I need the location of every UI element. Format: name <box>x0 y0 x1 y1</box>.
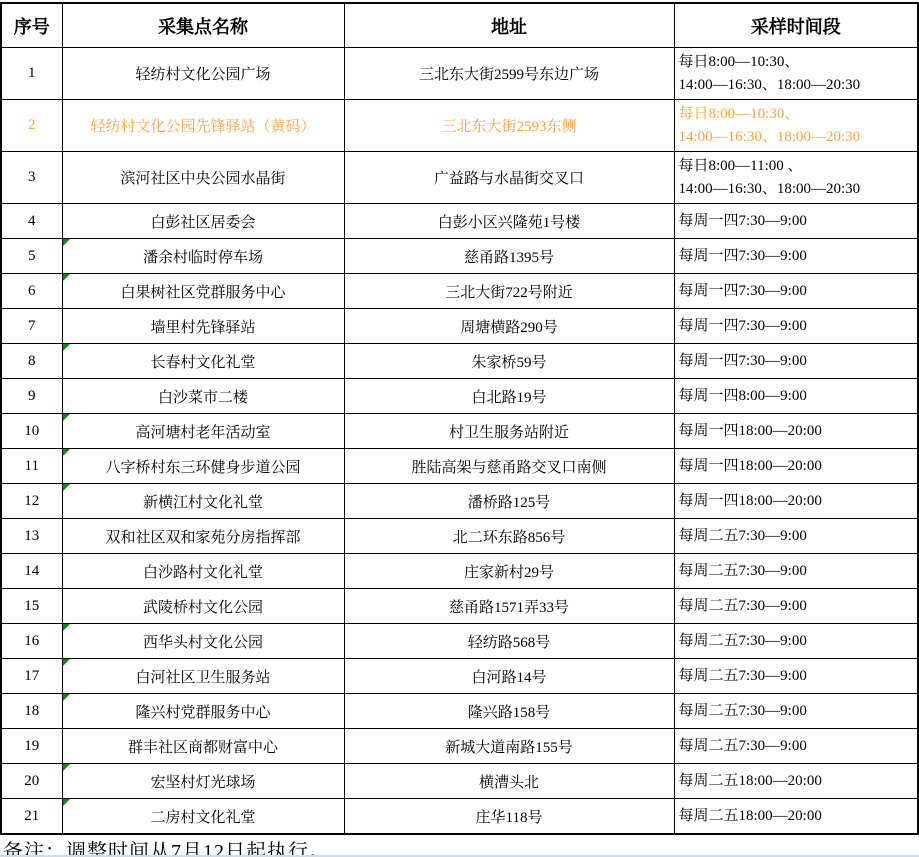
seq-cell: 12 <box>1 484 62 519</box>
table-row: 1轻纺村文化公园广场三北东大街2599号东边广场每日8:00—10:30、 14… <box>1 48 918 100</box>
corner-marker-icon <box>63 659 70 666</box>
table-row: 6白果树社区党群服务中心三北大街722号附近每周一四7:30—9:00 <box>1 274 918 309</box>
time-cell: 每日8:00—11:00 、 14:00—16:30、18:00—20:30 <box>674 152 918 204</box>
time-cell: 每周二五18:00—20:00 <box>674 799 918 835</box>
address-cell: 慈甬路1571弄33号 <box>344 589 674 624</box>
table-row: 16西华头村文化公园轻纺路568号每周二五7:30—9:00 <box>1 624 918 659</box>
table-row: 20宏坚村灯光球场横漕头北每周二五18:00—20:00 <box>1 764 918 799</box>
table-row: 17白河社区卫生服务站白河路14号每周二五7:30—9:00 <box>1 659 918 694</box>
time-cell: 每周二五7:30—9:00 <box>674 519 918 554</box>
table-row: 5潘余村临时停车场慈甬路1395号每周一四7:30—9:00 <box>1 239 918 274</box>
table-row: 2轻纺村文化公园先锋驿站（黄码）三北东大街2593东侧每日8:00—10:30、… <box>1 100 918 152</box>
corner-marker-icon <box>63 799 70 806</box>
table-row: 9白沙菜市二楼白北路19号每周一四8:00—9:00 <box>1 379 918 414</box>
sampling-points-page: 序号 采集点名称 地址 采样时间段 1轻纺村文化公园广场三北东大街2599号东边… <box>0 0 919 857</box>
time-cell: 每周一四7:30—9:00 <box>674 309 918 344</box>
seq-cell: 13 <box>1 519 62 554</box>
name-cell: 武陵桥村文化公园 <box>62 589 344 624</box>
name-cell: 白沙菜市二楼 <box>62 379 344 414</box>
address-cell: 隆兴路158号 <box>344 694 674 729</box>
address-cell: 胜陆高架与慈甬路交叉口南侧 <box>344 449 674 484</box>
name-cell: 潘余村临时停车场 <box>62 239 344 274</box>
corner-marker-icon <box>63 694 70 701</box>
header-row: 序号 采集点名称 地址 采样时间段 <box>1 3 918 48</box>
address-cell: 横漕头北 <box>344 764 674 799</box>
address-cell: 慈甬路1395号 <box>344 239 674 274</box>
name-cell: 墙里村先锋驿站 <box>62 309 344 344</box>
seq-cell: 19 <box>1 729 62 764</box>
name-cell: 白果树社区党群服务中心 <box>62 274 344 309</box>
address-cell: 白彭小区兴隆苑1号楼 <box>344 204 674 239</box>
table-row: 4白彭社区居委会白彭小区兴隆苑1号楼每周一四7:30—9:00 <box>1 204 918 239</box>
time-cell: 每周一四18:00—20:00 <box>674 414 918 449</box>
column-header-time: 采样时间段 <box>674 3 918 48</box>
time-cell: 每周一四7:30—9:00 <box>674 274 918 309</box>
corner-marker-icon <box>63 764 70 771</box>
seq-cell: 8 <box>1 344 62 379</box>
column-header-seq: 序号 <box>1 3 62 48</box>
address-cell: 轻纺路568号 <box>344 624 674 659</box>
time-cell: 每周一四18:00—20:00 <box>674 484 918 519</box>
corner-marker-icon <box>63 449 70 456</box>
table-row: 19群丰社区商都财富中心新城大道南路155号每周二五7:30—9:00 <box>1 729 918 764</box>
name-cell: 轻纺村文化公园先锋驿站（黄码） <box>62 100 344 152</box>
time-cell: 每周二五7:30—9:00 <box>674 694 918 729</box>
name-cell: 新横江村文化礼堂 <box>62 484 344 519</box>
table-row: 3滨河社区中央公园水晶街广益路与水晶街交叉口每日8:00—11:00 、 14:… <box>1 152 918 204</box>
seq-cell: 9 <box>1 379 62 414</box>
time-cell: 每周一四7:30—9:00 <box>674 204 918 239</box>
table-row: 13双和社区双和家苑分房指挥部北二环东路856号每周二五7:30—9:00 <box>1 519 918 554</box>
seq-cell: 5 <box>1 239 62 274</box>
seq-cell: 3 <box>1 152 62 204</box>
name-cell: 群丰社区商都财富中心 <box>62 729 344 764</box>
address-cell: 白河路14号 <box>344 659 674 694</box>
name-cell: 白河社区卫生服务站 <box>62 659 344 694</box>
table-row: 10高河塘村老年活动室村卫生服务站附近每周一四18:00—20:00 <box>1 414 918 449</box>
name-cell: 二房村文化礼堂 <box>62 799 344 835</box>
name-cell: 轻纺村文化公园广场 <box>62 48 344 100</box>
corner-marker-icon <box>63 239 70 246</box>
name-cell: 白彭社区居委会 <box>62 204 344 239</box>
address-cell: 北二环东路856号 <box>344 519 674 554</box>
seq-cell: 20 <box>1 764 62 799</box>
time-cell: 每日8:00—10:30、 14:00—16:30、18:00—20:30 <box>674 100 918 152</box>
address-cell: 潘桥路125号 <box>344 484 674 519</box>
address-cell: 三北大街722号附近 <box>344 274 674 309</box>
name-cell: 高河塘村老年活动室 <box>62 414 344 449</box>
column-header-address: 地址 <box>344 3 674 48</box>
address-cell: 村卫生服务站附近 <box>344 414 674 449</box>
corner-marker-icon <box>63 344 70 351</box>
seq-cell: 14 <box>1 554 62 589</box>
seq-cell: 2 <box>1 100 62 152</box>
name-cell: 双和社区双和家苑分房指挥部 <box>62 519 344 554</box>
name-cell: 八字桥村东三环健身步道公园 <box>62 449 344 484</box>
table-header: 序号 采集点名称 地址 采样时间段 <box>1 3 918 48</box>
corner-marker-icon <box>63 274 70 281</box>
seq-cell: 17 <box>1 659 62 694</box>
address-cell: 庄家新村29号 <box>344 554 674 589</box>
seq-cell: 15 <box>1 589 62 624</box>
corner-marker-icon <box>63 624 70 631</box>
seq-cell: 21 <box>1 799 62 835</box>
name-cell: 西华头村文化公园 <box>62 624 344 659</box>
time-cell: 每周二五7:30—9:00 <box>674 554 918 589</box>
corner-marker-icon <box>63 484 70 491</box>
seq-cell: 6 <box>1 274 62 309</box>
table-row: 12新横江村文化礼堂潘桥路125号每周一四18:00—20:00 <box>1 484 918 519</box>
table-row: 18隆兴村党群服务中心隆兴路158号每周二五7:30—9:00 <box>1 694 918 729</box>
name-cell: 白沙路村文化礼堂 <box>62 554 344 589</box>
seq-cell: 16 <box>1 624 62 659</box>
address-cell: 三北东大街2599号东边广场 <box>344 48 674 100</box>
time-cell: 每周一四7:30—9:00 <box>674 344 918 379</box>
seq-cell: 4 <box>1 204 62 239</box>
time-cell: 每周一四18:00—20:00 <box>674 449 918 484</box>
time-cell: 每周二五7:30—9:00 <box>674 589 918 624</box>
seq-cell: 18 <box>1 694 62 729</box>
table-row: 14白沙路村文化礼堂庄家新村29号每周二五7:30—9:00 <box>1 554 918 589</box>
column-header-name: 采集点名称 <box>62 3 344 48</box>
address-cell: 朱家桥59号 <box>344 344 674 379</box>
time-cell: 每周二五7:30—9:00 <box>674 624 918 659</box>
address-cell: 广益路与水晶街交叉口 <box>344 152 674 204</box>
address-cell: 庄华118号 <box>344 799 674 835</box>
address-cell: 新城大道南路155号 <box>344 729 674 764</box>
table-row: 7墙里村先锋驿站周塘横路290号每周一四7:30—9:00 <box>1 309 918 344</box>
note-text: 备注：调整时间从7月12日起执行。 <box>0 835 919 857</box>
name-cell: 宏坚村灯光球场 <box>62 764 344 799</box>
time-cell: 每周一四7:30—9:00 <box>674 239 918 274</box>
table-row: 21二房村文化礼堂庄华118号每周二五18:00—20:00 <box>1 799 918 835</box>
table-row: 8长春村文化礼堂朱家桥59号每周一四7:30—9:00 <box>1 344 918 379</box>
address-cell: 三北东大街2593东侧 <box>344 100 674 152</box>
sampling-points-table: 序号 采集点名称 地址 采样时间段 1轻纺村文化公园广场三北东大街2599号东边… <box>0 2 919 835</box>
table-row: 11八字桥村东三环健身步道公园胜陆高架与慈甬路交叉口南侧每周一四18:00—20… <box>1 449 918 484</box>
seq-cell: 11 <box>1 449 62 484</box>
seq-cell: 10 <box>1 414 62 449</box>
name-cell: 长春村文化礼堂 <box>62 344 344 379</box>
time-cell: 每周一四8:00—9:00 <box>674 379 918 414</box>
name-cell: 隆兴村党群服务中心 <box>62 694 344 729</box>
name-cell: 滨河社区中央公园水晶街 <box>62 152 344 204</box>
table-body: 1轻纺村文化公园广场三北东大街2599号东边广场每日8:00—10:30、 14… <box>1 48 918 835</box>
address-cell: 周塘横路290号 <box>344 309 674 344</box>
seq-cell: 7 <box>1 309 62 344</box>
corner-marker-icon <box>63 414 70 421</box>
time-cell: 每周二五7:30—9:00 <box>674 659 918 694</box>
table-row: 15武陵桥村文化公园慈甬路1571弄33号每周二五7:30—9:00 <box>1 589 918 624</box>
seq-cell: 1 <box>1 48 62 100</box>
time-cell: 每周二五18:00—20:00 <box>674 764 918 799</box>
address-cell: 白北路19号 <box>344 379 674 414</box>
time-cell: 每日8:00—10:30、 14:00—16:30、18:00—20:30 <box>674 48 918 100</box>
time-cell: 每周二五7:30—9:00 <box>674 729 918 764</box>
